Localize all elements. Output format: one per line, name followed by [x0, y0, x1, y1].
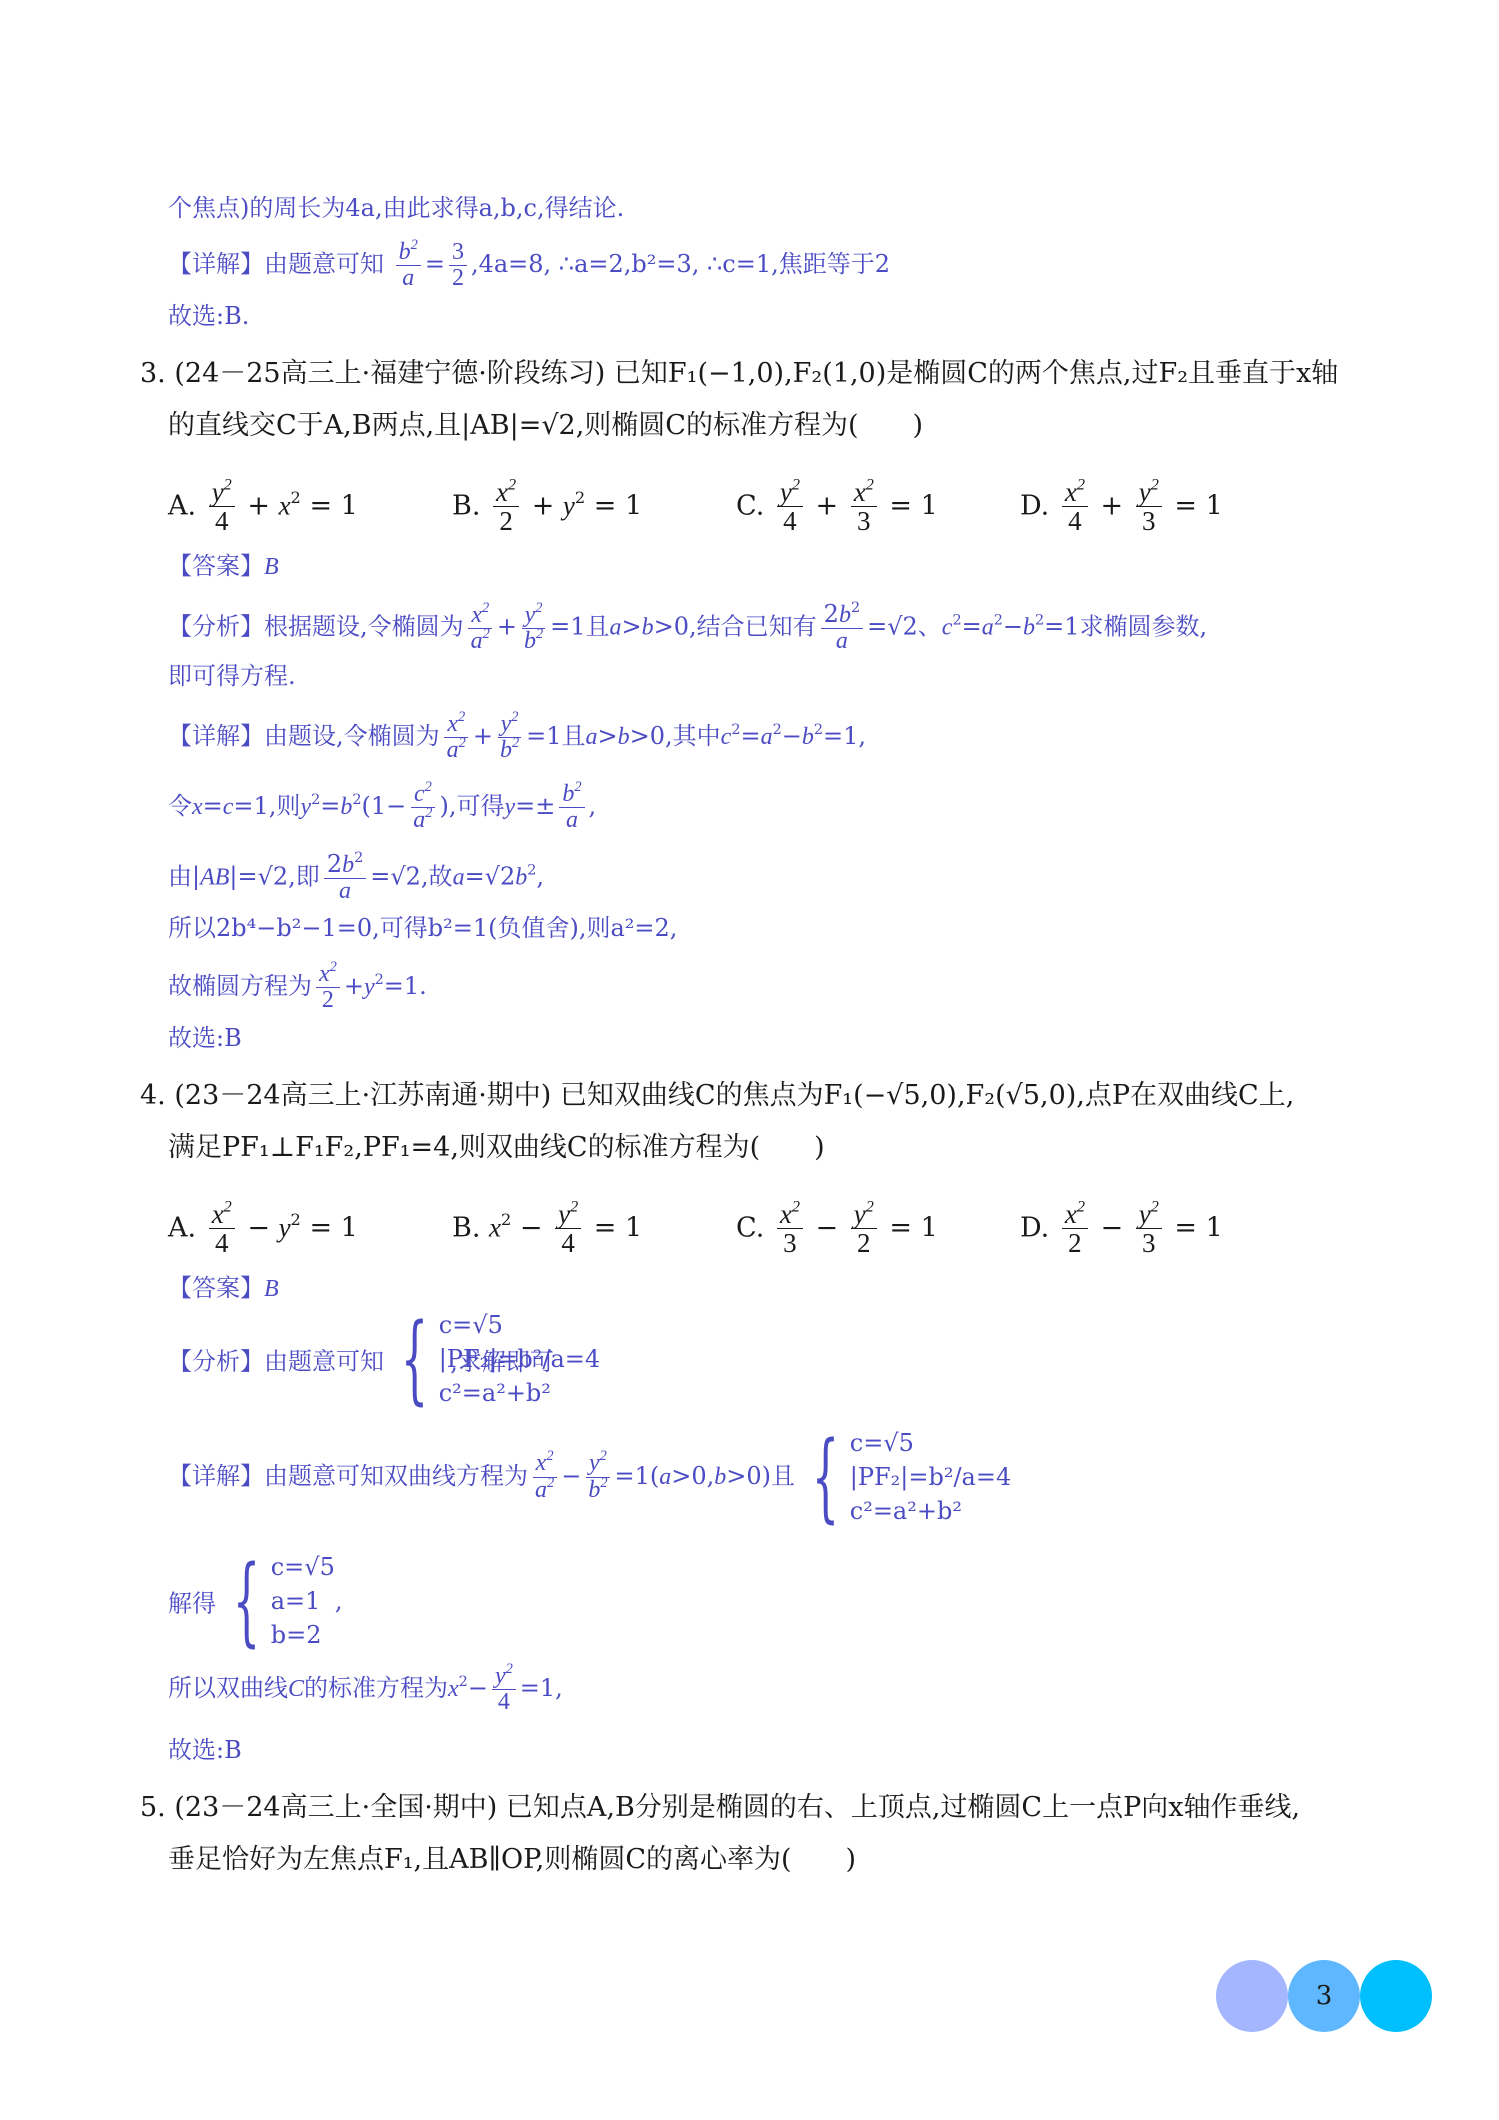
- equation-system: { c=√5 a=1 b=2: [224, 1550, 335, 1652]
- option-label: B.: [452, 490, 480, 521]
- answer-value: B: [264, 1276, 279, 1302]
- q4-option-d[interactable]: D. x22 − y23 = 1: [1020, 1200, 1223, 1258]
- equation-system: { c=√5 |PF₂|=b²/a=4 c²=a²+b²: [803, 1426, 1012, 1528]
- option-label: B.: [452, 1212, 480, 1243]
- left-brace-icon: {: [400, 1311, 427, 1407]
- fraction: 32: [449, 240, 467, 291]
- question-stem: 已知双曲线C的焦点为F₁(−√5,0),F₂(√5,0),点P在双曲线C上,: [560, 1080, 1294, 1111]
- q4-detail: 【详解】由题意可知双曲线方程为x2a2−y2b2=1(a>0,b>0)且 { c…: [168, 1426, 1011, 1528]
- analysis-prefix: 由题意可知: [264, 1348, 384, 1376]
- analysis-label: 【分析】: [168, 613, 264, 641]
- q4-answer: 【答案】B: [168, 1270, 279, 1307]
- q3-detail-1: 【详解】由题设,令椭圆为x2a2+y2b2=1且a>b>0,其中c2=a2−b2…: [168, 712, 866, 763]
- left-brace-icon: {: [811, 1429, 838, 1525]
- option-label: C.: [736, 490, 764, 521]
- question-4-line1: 4. (23－24高三上·江苏南通·期中) 已知双曲线C的焦点为F₁(−√5,0…: [140, 1078, 1294, 1114]
- q4-option-a[interactable]: A. x24 − y2 = 1: [168, 1200, 358, 1258]
- question-3-line1: 3. (24－25高三上·福建宁德·阶段练习) 已知F₁(−1,0),F₂(1,…: [140, 356, 1338, 392]
- fraction: b2a: [396, 240, 421, 291]
- analysis-label: 【分析】: [168, 1348, 264, 1376]
- option-label: A.: [168, 1212, 196, 1243]
- q3-detail-3: 由|AB|=√2,即2b2a=√2,故a=√2b2,: [168, 852, 544, 904]
- question-number: 5.: [140, 1792, 166, 1823]
- q3-option-d[interactable]: D. x24 + y23 = 1: [1020, 478, 1223, 536]
- question-source: (23－24高三上·全国·期中): [174, 1792, 497, 1823]
- decorative-circle-icon: [1360, 1960, 1432, 2032]
- detail-label: 【详解】: [168, 1462, 264, 1490]
- q3-option-c[interactable]: C. y24 + x23 = 1: [736, 478, 938, 536]
- question-5-line1: 5. (23－24高三上·全国·期中) 已知点A,B分别是椭圆的右、上顶点,过椭…: [140, 1790, 1300, 1826]
- q4-conclusion: 所以双曲线C的标准方程为x2−y24=1,: [168, 1664, 563, 1715]
- question-source: (24－25高三上·福建宁德·阶段练习): [174, 358, 605, 389]
- option-label: A.: [168, 490, 196, 521]
- option-label: C.: [736, 1212, 764, 1243]
- q3-detail-5: 故椭圆方程为x22+y2=1.: [168, 962, 427, 1013]
- answer-value: B: [264, 554, 279, 580]
- question-stem: 已知F₁(−1,0),F₂(1,0)是椭圆C的两个焦点,过F₂且垂直于x轴: [614, 358, 1338, 389]
- solve-prefix: 解得: [168, 1590, 216, 1618]
- question-5-line2: 垂足恰好为左焦点F₁,且AB∥OP,则椭圆C的离心率为( ): [168, 1842, 856, 1878]
- q3-option-a[interactable]: A. y24 + x2 = 1: [168, 478, 358, 536]
- detail-prefix: 由题意可知: [264, 250, 384, 278]
- q3-analysis: 【分析】根据题设,令椭圆为x2a2+y2b2=1且a>b>0,结合已知有2b2a…: [168, 602, 1207, 654]
- analysis-suffix: ,求解即可: [450, 1348, 554, 1376]
- left-brace-icon: {: [232, 1553, 259, 1649]
- q3-answer: 【答案】B: [168, 548, 279, 585]
- q3-analysis-line2: 即可得方程.: [168, 658, 296, 694]
- question-number: 4.: [140, 1080, 166, 1111]
- answer-label: 【答案】: [168, 552, 264, 580]
- answer-label: 【答案】: [168, 1274, 264, 1302]
- option-label: D.: [1020, 490, 1049, 521]
- question-4-line2: 满足PF₁⊥F₁F₂,PF₁=4,则双曲线C的标准方程为( ): [168, 1130, 825, 1166]
- prev-choose: 故选:B.: [168, 298, 249, 334]
- prev-analysis-tail: 个焦点)的周长为4a,由此求得a,b,c,得结论.: [168, 190, 624, 226]
- question-stem: 已知点A,B分别是椭圆的右、上顶点,过椭圆C上一点P向x轴作垂线,: [506, 1792, 1300, 1823]
- detail-label: 【详解】: [168, 250, 264, 278]
- page-number: 3: [1288, 1960, 1360, 2032]
- q3-detail-4: 所以2b⁴−b²−1=0,可得b²=1(负值舍),则a²=2,: [168, 910, 677, 946]
- question-source: (23－24高三上·江苏南通·期中): [174, 1080, 551, 1111]
- decorative-circle-icon: [1216, 1960, 1288, 2032]
- prev-detail: 【详解】由题意可知 b2a=32,4a=8, ∴a=2,b²=3, ∴c=1,焦…: [168, 240, 890, 291]
- page-number-badge: 3: [1216, 1960, 1436, 2036]
- q4-solve: 解得 { c=√5 a=1 b=2 ,: [168, 1550, 342, 1652]
- question-number: 3.: [140, 358, 166, 389]
- q3-detail-2: 令x=c=1,则y2=b2(1−c2a2),可得y=±b2a,: [168, 782, 596, 833]
- detail-label: 【详解】: [168, 722, 264, 750]
- q3-choose: 故选:B: [168, 1020, 242, 1056]
- option-label: D.: [1020, 1212, 1049, 1243]
- q4-option-c[interactable]: C. x23 − y22 = 1: [736, 1200, 938, 1258]
- q3-option-b[interactable]: B. x22 + y2 = 1: [452, 478, 642, 536]
- question-3-line2: 的直线交C于A,B两点,且|AB|=√2,则椭圆C的标准方程为( ): [168, 408, 923, 444]
- q4-choose: 故选:B: [168, 1732, 242, 1768]
- detail-rest: ,4a=8, ∴a=2,b²=3, ∴c=1,焦距等于2: [471, 250, 890, 278]
- q4-option-b[interactable]: B. x2 − y24 = 1: [452, 1200, 642, 1258]
- q4-analysis: 【分析】由题意可知 { c=√5 |PF₂|=b²/a=4 c²=a²+b² ,…: [168, 1308, 554, 1410]
